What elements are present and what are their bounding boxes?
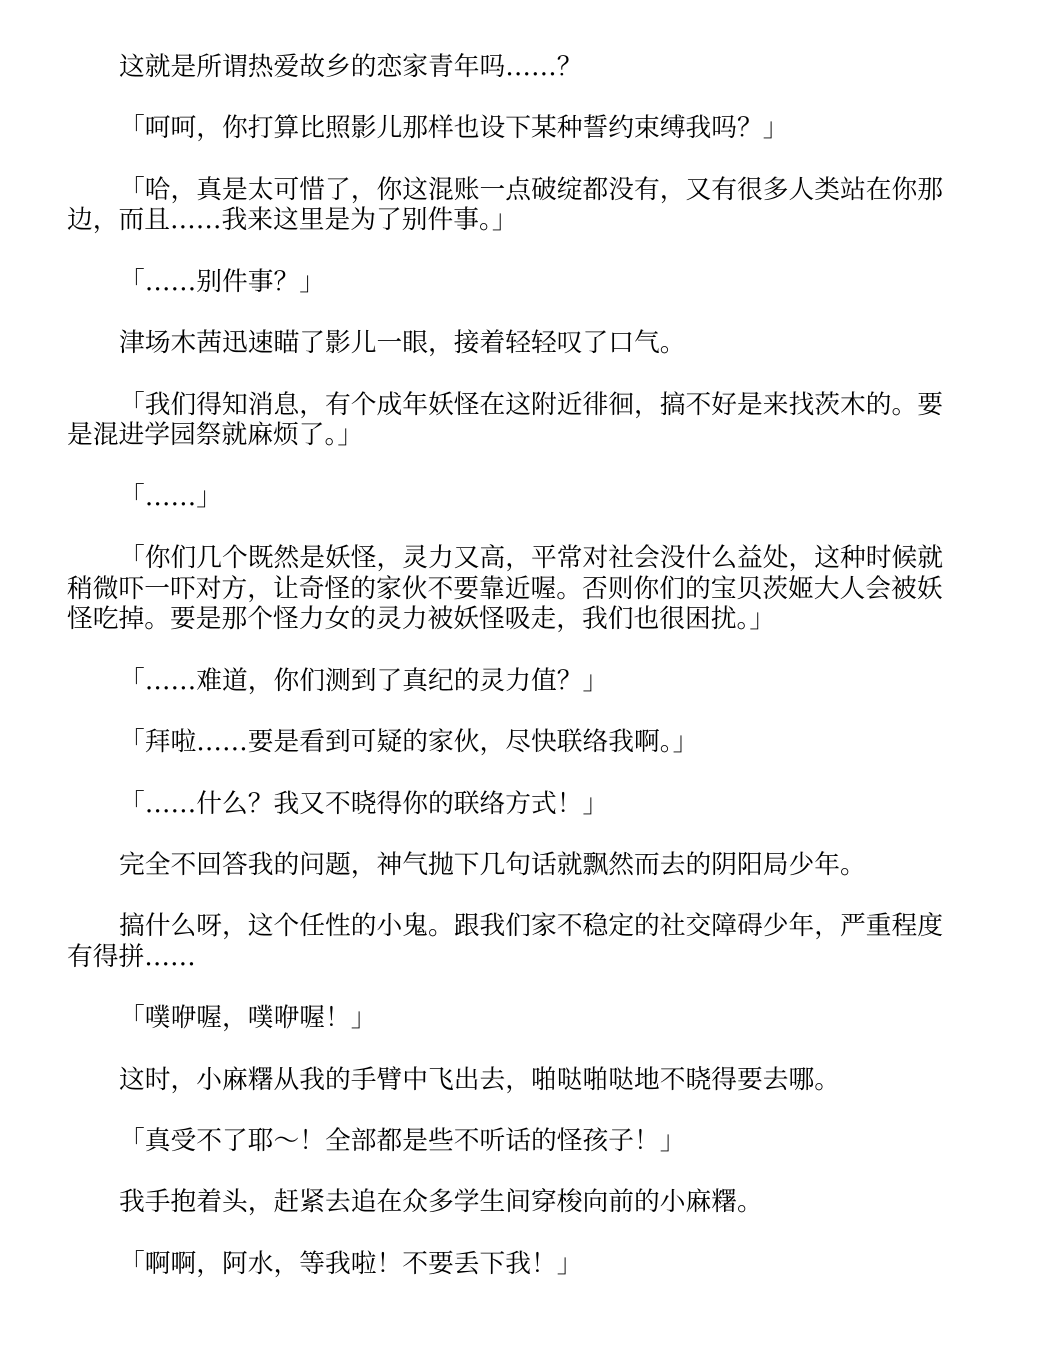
text-line: 这时，小麻糬从我的手臂中飞出去，啪哒啪哒地不晓得要去哪。 xyxy=(67,1065,970,1096)
narration-paragraph: 这就是所谓热爱故乡的恋家青年吗……？ xyxy=(67,52,970,83)
text-line: 稍微吓一吓对方，让奇怪的家伙不要靠近喔。否则你们的宝贝茨姬大人会被妖 xyxy=(67,574,970,605)
dialogue-paragraph: 「……难道，你们测到了真纪的灵力值？」 xyxy=(67,666,970,697)
dialogue-paragraph: 「呵呵，你打算比照影儿那样也设下某种誓约束缚我吗？」 xyxy=(67,113,970,144)
narration-paragraph: 完全不回答我的问题，神气抛下几句话就飘然而去的阴阳局少年。 xyxy=(67,850,970,881)
text-line: 边，而且……我来这里是为了别件事。」 xyxy=(67,205,970,236)
narration-paragraph: 津场木茜迅速瞄了影儿一眼，接着轻轻叹了口气。 xyxy=(67,328,970,359)
text-line: 「真受不了耶～！全部都是些不听话的怪孩子！」 xyxy=(67,1126,970,1157)
text-line: 「你们几个既然是妖怪，灵力又高，平常对社会没什么益处，这种时候就 xyxy=(67,543,970,574)
text-line: 「噗咿喔，噗咿喔！」 xyxy=(67,1003,970,1034)
dialogue-paragraph: 「哈，真是太可惜了，你这混账一点破绽都没有，又有很多人类站在你那边，而且……我来… xyxy=(67,175,970,236)
dialogue-paragraph: 「真受不了耶～！全部都是些不听话的怪孩子！」 xyxy=(67,1126,970,1157)
text-line: 「……什么？我又不晓得你的联络方式！」 xyxy=(67,789,970,820)
text-line: 有得拼…… xyxy=(67,942,970,973)
dialogue-paragraph: 「……什么？我又不晓得你的联络方式！」 xyxy=(67,789,970,820)
text-line: 「呵呵，你打算比照影儿那样也设下某种誓约束缚我吗？」 xyxy=(67,113,970,144)
dialogue-paragraph: 「啊啊，阿水，等我啦！不要丢下我！」 xyxy=(67,1249,970,1280)
dialogue-paragraph: 「你们几个既然是妖怪，灵力又高，平常对社会没什么益处，这种时候就稍微吓一吓对方，… xyxy=(67,543,970,635)
text-line: 「啊啊，阿水，等我啦！不要丢下我！」 xyxy=(67,1249,970,1280)
dialogue-paragraph: 「……」 xyxy=(67,482,970,513)
text-line: 完全不回答我的问题，神气抛下几句话就飘然而去的阴阳局少年。 xyxy=(67,850,970,881)
dialogue-paragraph: 「拜啦……要是看到可疑的家伙，尽快联络我啊。」 xyxy=(67,727,970,758)
text-line: 「哈，真是太可惜了，你这混账一点破绽都没有，又有很多人类站在你那 xyxy=(67,175,970,206)
text-line: 「我们得知消息，有个成年妖怪在这附近徘徊，搞不好是来找茨木的。要 xyxy=(67,390,970,421)
text-line: 津场木茜迅速瞄了影儿一眼，接着轻轻叹了口气。 xyxy=(67,328,970,359)
text-line: 「拜啦……要是看到可疑的家伙，尽快联络我啊。」 xyxy=(67,727,970,758)
text-line: 「……」 xyxy=(67,482,970,513)
narration-paragraph: 这时，小麻糬从我的手臂中飞出去，啪哒啪哒地不晓得要去哪。 xyxy=(67,1065,970,1096)
text-line: 这就是所谓热爱故乡的恋家青年吗……？ xyxy=(67,52,970,83)
narration-paragraph: 搞什么呀，这个任性的小鬼。跟我们家不稳定的社交障碍少年，严重程度有得拼…… xyxy=(67,911,970,972)
text-line: 我手抱着头，赶紧去追在众多学生间穿梭向前的小麻糬。 xyxy=(67,1187,970,1218)
text-line: 怪吃掉。要是那个怪力女的灵力被妖怪吸走，我们也很困扰。」 xyxy=(67,604,970,635)
text-line: 「……别件事？」 xyxy=(67,267,970,298)
text-line: 「……难道，你们测到了真纪的灵力值？」 xyxy=(67,666,970,697)
text-line: 搞什么呀，这个任性的小鬼。跟我们家不稳定的社交障碍少年，严重程度 xyxy=(67,911,970,942)
text-line: 是混进学园祭就麻烦了。」 xyxy=(67,420,970,451)
dialogue-paragraph: 「我们得知消息，有个成年妖怪在这附近徘徊，搞不好是来找茨木的。要是混进学园祭就麻… xyxy=(67,390,970,451)
dialogue-paragraph: 「噗咿喔，噗咿喔！」 xyxy=(67,1003,970,1034)
document-page: 这就是所谓热爱故乡的恋家青年吗……？「呵呵，你打算比照影儿那样也设下某种誓约束缚… xyxy=(67,52,970,1310)
dialogue-paragraph: 「……别件事？」 xyxy=(67,267,970,298)
narration-paragraph: 我手抱着头，赶紧去追在众多学生间穿梭向前的小麻糬。 xyxy=(67,1187,970,1218)
